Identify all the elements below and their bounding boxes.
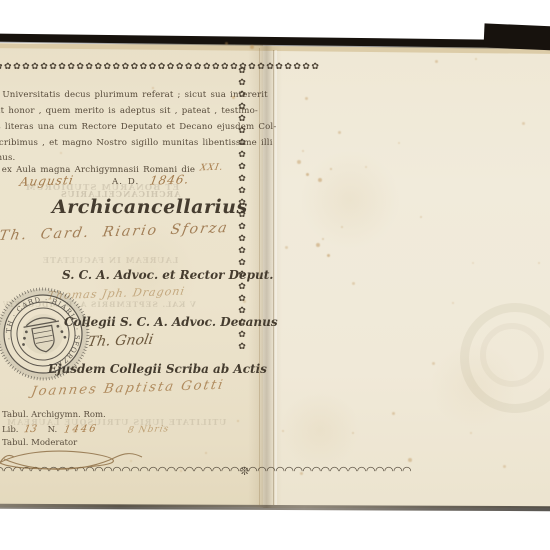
foxing-spot xyxy=(306,173,309,176)
registry-line-archigymn: Tabul. Archigymn. Rom. xyxy=(2,410,106,420)
body-text-line: m Universitatis decus plurimum referat ;… xyxy=(0,90,268,100)
foxing-spot xyxy=(305,97,308,100)
foxing-spot xyxy=(237,420,239,422)
foxing-spot xyxy=(432,362,435,365)
foxing-spot xyxy=(341,226,343,228)
foxing-spot xyxy=(205,452,207,454)
foxing-spot xyxy=(282,430,284,432)
ornamental-border-corner: ❊ xyxy=(240,465,249,478)
registry-date-note-handwritten: 8 Nbris xyxy=(127,424,170,435)
foxing-spot xyxy=(470,432,472,434)
foxing-spot xyxy=(365,166,367,168)
ghost-seal-impression-inner xyxy=(480,323,544,387)
dateline-year-handwritten: 1846. xyxy=(149,172,191,187)
heading-archicancellarius: Archicancellarius xyxy=(52,196,248,218)
foxing-spot xyxy=(152,87,154,89)
foxing-spot xyxy=(338,131,341,134)
foxing-spot xyxy=(452,302,454,304)
body-text-line: mus. xyxy=(0,153,15,163)
registry-line-lib-num: Lib. 13 N. 1446 8 Nbris xyxy=(2,424,169,435)
foxing-spot xyxy=(302,150,304,152)
foxing-spot xyxy=(503,465,506,468)
ornamental-border-top: ✿✿✿✿✿✿✿✿✿✿✿✿✿✿✿✿✿✿✿✿✿✿✿✿✿✿✿✿✿✿✿✿✿✿✿✿ xyxy=(0,62,320,72)
binding-top-right-corner xyxy=(484,23,550,50)
dateline-ad-print: A. D. xyxy=(112,177,139,187)
foxing-spot xyxy=(318,178,322,182)
foxing-spot xyxy=(327,254,330,257)
foxing-spot xyxy=(475,58,477,60)
foxing-spot xyxy=(232,96,235,99)
right-page-crease-highlight xyxy=(275,50,277,505)
foxing-spot xyxy=(522,122,525,125)
foxing-spot xyxy=(297,160,301,164)
registry-lib-label: Lib. xyxy=(2,425,19,435)
foxing-spot xyxy=(435,60,438,63)
foxing-spot xyxy=(300,472,303,475)
ghost-text-line: LAUREAM IN FACULTATE xyxy=(42,255,178,265)
body-text-line: , ut honor , quem merito is adeptus sit … xyxy=(0,106,258,116)
foxing-spot xyxy=(392,412,395,415)
foxing-spot xyxy=(538,262,540,264)
dateline-month-handwritten: Augusti xyxy=(19,173,75,189)
foxing-spot xyxy=(472,262,474,264)
foxing-spot xyxy=(322,238,324,240)
foxing-spot xyxy=(243,300,246,303)
foxing-spot xyxy=(330,168,332,170)
foxing-spot xyxy=(352,432,354,434)
body-text-line: oscribimus , et magno Nostro sigillo mun… xyxy=(0,138,273,148)
foxing-spot xyxy=(130,460,132,462)
foxing-spot xyxy=(180,470,182,472)
foxing-spot xyxy=(352,282,355,285)
right-page xyxy=(263,47,550,508)
foxing-spot xyxy=(60,152,62,154)
foxing-spot xyxy=(225,42,228,45)
body-text-line: as literas una cum Rectore Deputato et D… xyxy=(0,122,276,132)
heading-rector-deput: S. C. A. Advoc. et Rector Deput. xyxy=(62,268,274,282)
foxing-spot xyxy=(420,216,422,218)
foxing-spot xyxy=(250,45,254,49)
foxing-spot xyxy=(316,243,320,247)
foxing-spot xyxy=(285,246,288,249)
book-photo: ✿✿✿✿✿✿✿✿✿✿✿✿✿✿✿✿✿✿✿✿✿✿✿✿✿✿✿✿✿✿✿✿✿✿✿✿ ✿✿✿… xyxy=(0,0,550,550)
registry-num-value-handwritten: 1446 xyxy=(63,423,99,435)
cardinal-wax-ink-seal: · TH · CARD · RIARIO · SFORZA · xyxy=(0,282,98,386)
foxing-spot xyxy=(398,142,400,144)
foxing-spot xyxy=(408,458,412,462)
dateline-day-handwritten: XXI. xyxy=(199,163,224,174)
registry-num-label: N. xyxy=(48,425,58,435)
registry-lib-value-handwritten: 13 xyxy=(23,424,38,435)
